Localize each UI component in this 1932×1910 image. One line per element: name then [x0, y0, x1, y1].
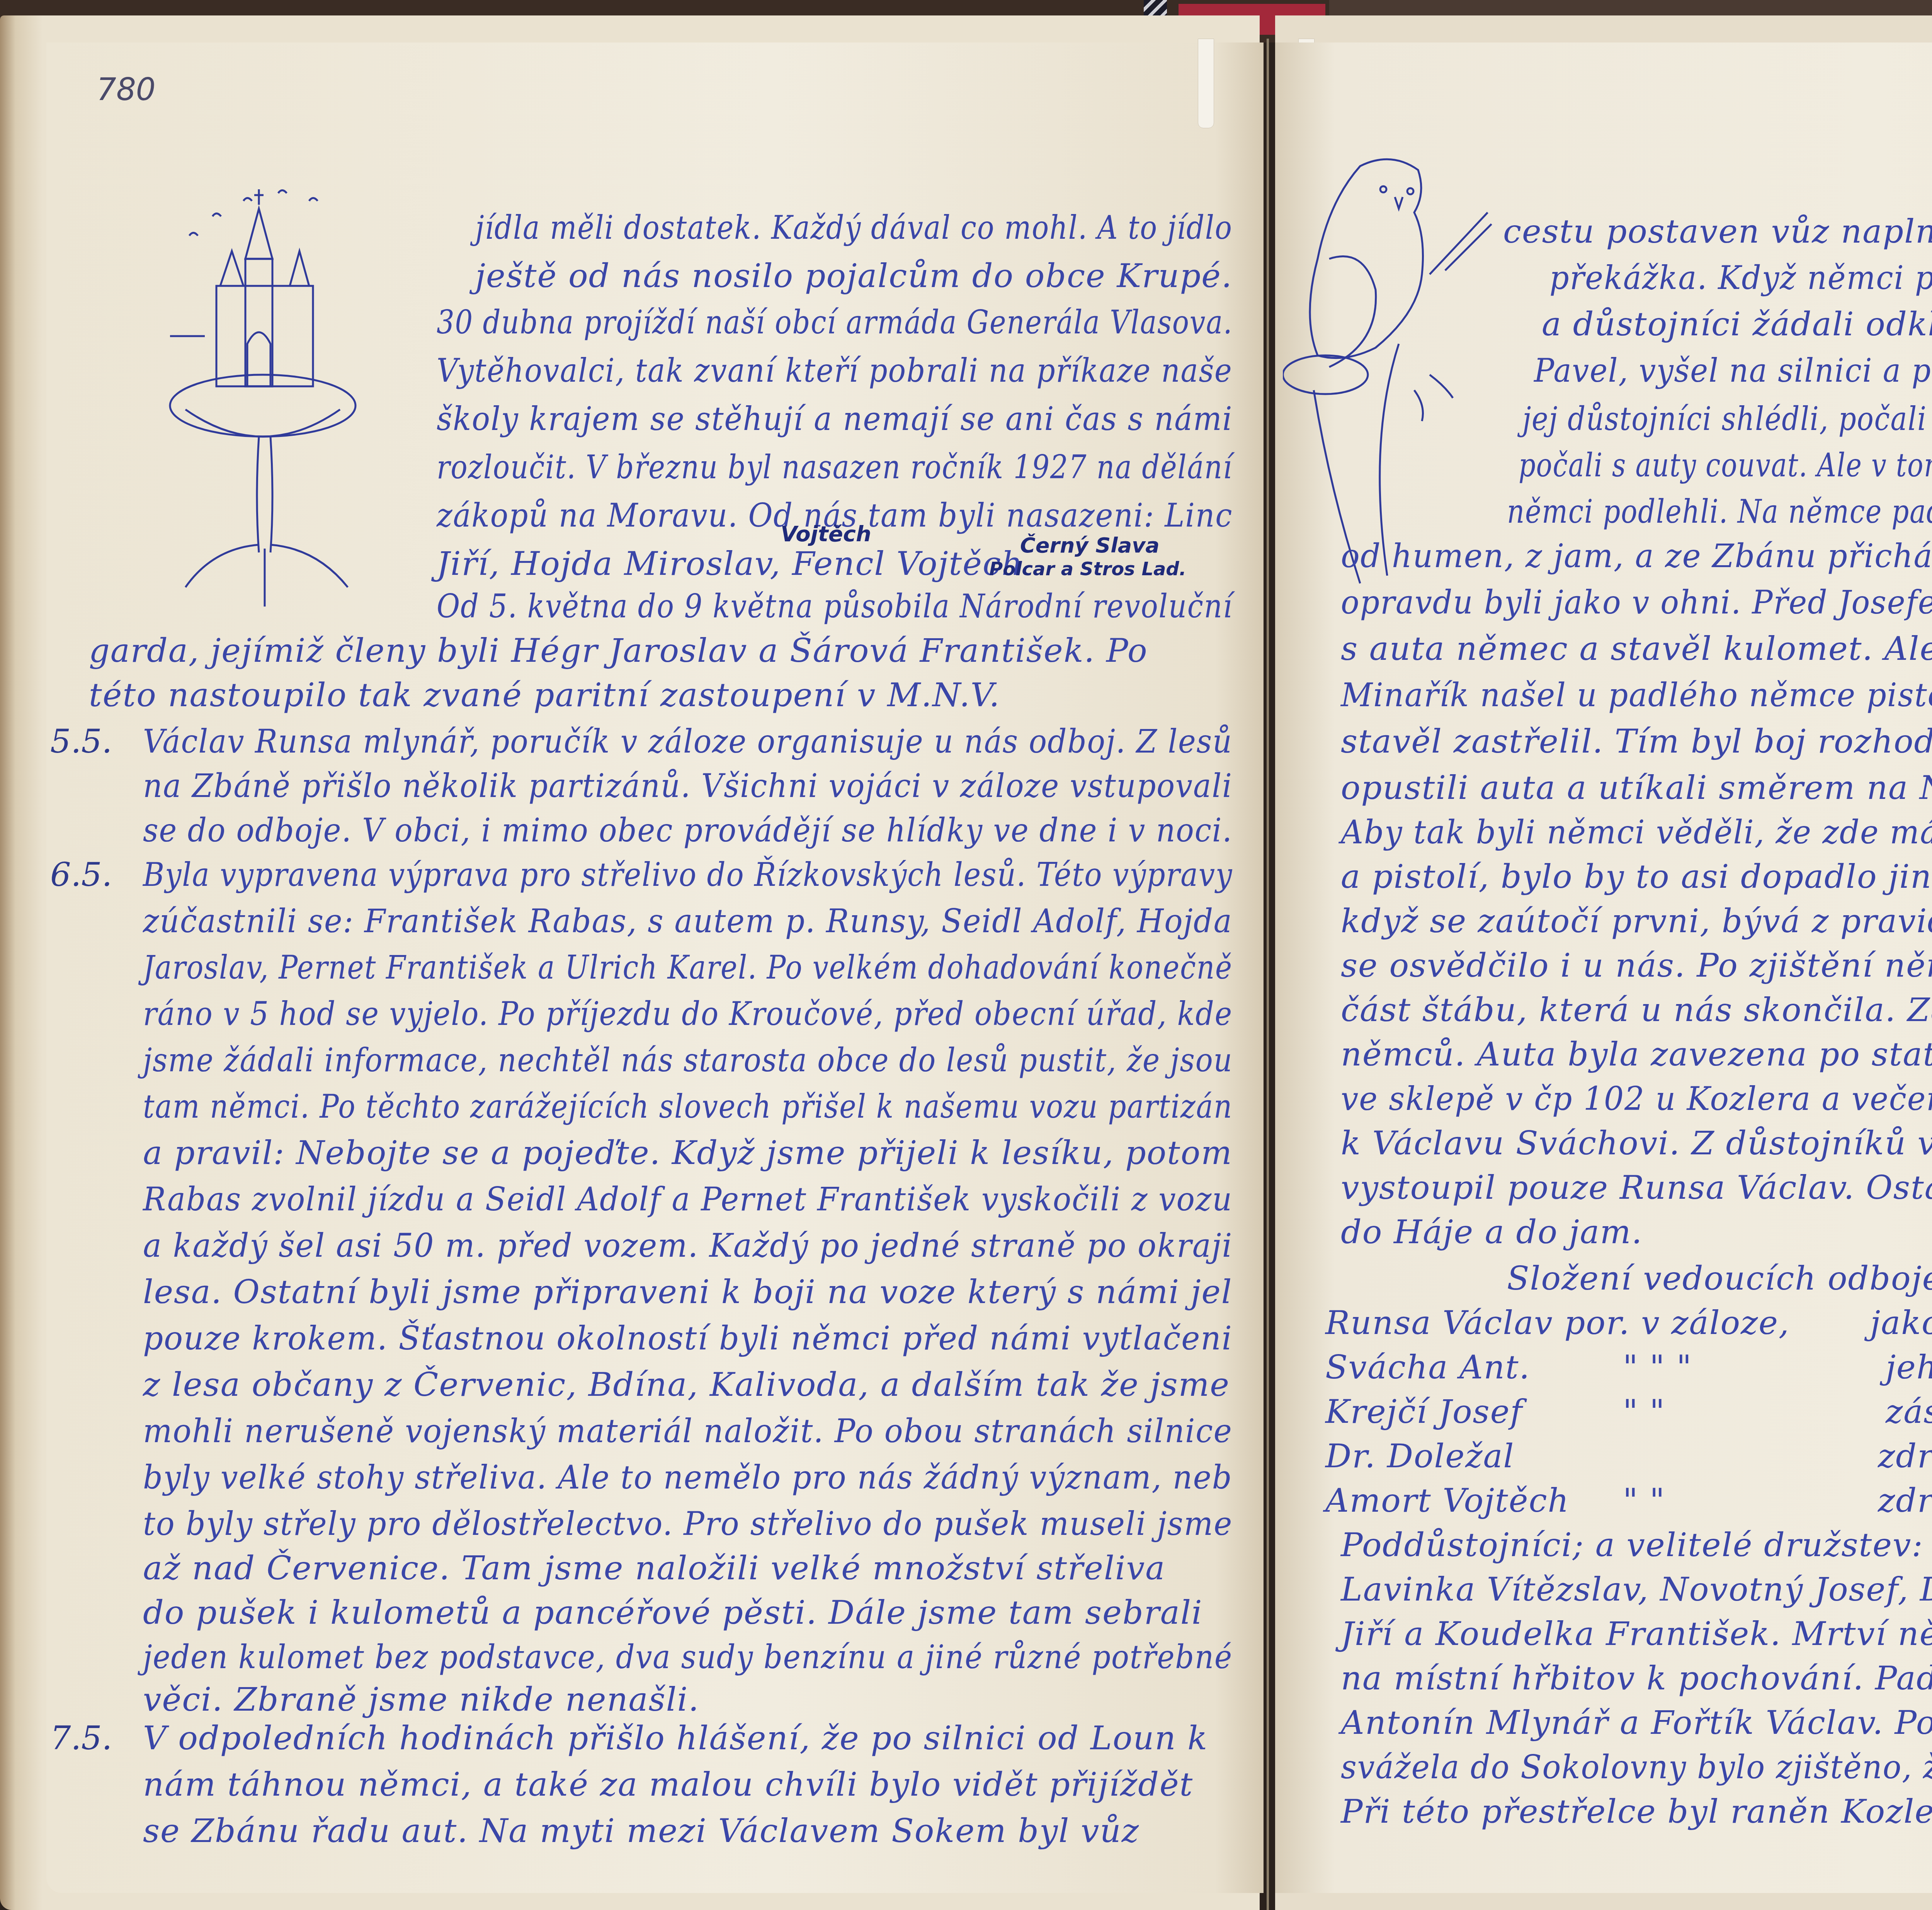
owl-drawing-icon — [1283, 143, 1499, 599]
page-number-left: 780 — [97, 71, 156, 107]
roster-role: zdravotnictví. — [1878, 1437, 1932, 1475]
text-line: Václav Runsa mlynář, poručík v záloze or… — [143, 722, 1233, 760]
text-line: ve sklepě v čp 102 u Kozlera a večer byl… — [1341, 1080, 1932, 1118]
text-line: část štábu, která u nás skončila. Zajmut… — [1341, 991, 1932, 1029]
margin-date: 7.5. — [50, 1719, 112, 1757]
text-line: cestu postaven vůz naplněný hlínou a kam… — [1503, 212, 1932, 250]
text-line: Aby tak byli němci věděli, že zde máme p… — [1341, 813, 1932, 851]
text-line: opravdu byli jako v ohni. Před Josefem J… — [1341, 583, 1932, 621]
book-gutter — [1267, 39, 1269, 1910]
roster-ditto: " " — [1623, 1393, 1665, 1431]
text-line: pouze krokem. Šťastnou okolností byli ně… — [143, 1319, 1233, 1357]
margin-date: 6.5. — [50, 856, 112, 894]
text-line: jídla měli dostatek. Každý dával co mohl… — [475, 209, 1233, 246]
left-page: 780 jídla měli dostatek. Každý dával co … — [46, 42, 1264, 1893]
right-page: 781 cestu postaven vůz naplněný hlínou a… — [1275, 42, 1932, 1893]
text-line: mohli nerušeně vojenský materiál naložit… — [143, 1412, 1233, 1450]
text-line: a pistolí, bylo by to asi dopadlo jinak.… — [1341, 858, 1932, 896]
text-line: V odpoledních hodinách přišlo hlášení, ž… — [143, 1719, 1208, 1757]
roster-heading: Složení vedoucích odboje bylo: — [1507, 1259, 1932, 1297]
text-line: vystoupil pouze Runsa Václav. Ostatní vč… — [1341, 1169, 1932, 1206]
text-line: Při této přestřelce byl raněn Kozler a t… — [1341, 1793, 1932, 1830]
text-line: k Václavu Sváchovi. Z důstojníků v záloz… — [1341, 1124, 1932, 1162]
text-line: stavěl zastřelil. Tím byl boj rozhodnut … — [1341, 722, 1932, 760]
text-line: to byly střely pro dělostřelectvo. Pro s… — [143, 1505, 1233, 1543]
text-line: a pravil: Nebojte se a pojeďte. Když jsm… — [143, 1134, 1233, 1172]
text-line: jsme žádali informace, nechtěl nás staro… — [143, 1041, 1233, 1079]
text-line: ráno v 5 hod se vyjelo. Po příjezdu do K… — [143, 995, 1233, 1033]
insertion-note-1: Černý Slava — [1020, 533, 1160, 557]
text-line: nám táhnou němci, a také za malou chvíli… — [143, 1766, 1193, 1803]
text-line: na Zbáně přišlo několik partizánů. Všich… — [143, 767, 1233, 805]
text-line: zúčastnili se: František Rabas, s autem … — [143, 902, 1233, 940]
text-line: školy krajem se stěhují a nemají se ani … — [437, 400, 1233, 438]
text-line: na místní hřbitov k pochování. Padlí něm… — [1341, 1659, 1932, 1697]
text-line: Vytěhovalci, tak zvaní kteří pobrali na … — [437, 352, 1233, 389]
text-line: Byla vypravena výprava pro střelivo do Ř… — [143, 856, 1233, 894]
text-line: věci. Zbraně jsme nikde nenašli. — [143, 1681, 699, 1718]
text-line: Poddůstojníci; a velitelé družstev: Koří… — [1341, 1526, 1932, 1564]
text-line: a důstojníci žádali odklizení silnice. P… — [1542, 305, 1932, 343]
text-line: němců. Auta byla zavezena po statcích a … — [1341, 1035, 1932, 1073]
text-line: a každý šel asi 50 m. před vozem. Každý … — [143, 1227, 1233, 1264]
text-line: lesa. Ostatní byli jsme připraveni k boj… — [143, 1273, 1233, 1311]
text-line: Jiří, Hojda Miroslav, Fencl Vojtěch — [437, 545, 1023, 583]
text-line: jeden kulomet bez podstavce, dva sudy be… — [143, 1638, 1233, 1676]
text-line: 30 dubna projíždí naší obcí armáda Gener… — [437, 303, 1233, 341]
text-line: do Háje a do jam. — [1341, 1213, 1643, 1251]
text-line: překážka. Když němci přijeli k překážce,… — [1549, 259, 1932, 297]
roster-name: Krejčí Josef — [1325, 1393, 1523, 1431]
text-line: jej důstojníci shlédli, počali křičet na… — [1522, 400, 1932, 438]
roster-name: Svácha Ant. — [1325, 1348, 1530, 1386]
text-line: Jaroslav, Pernet František a Ulrich Kare… — [143, 948, 1233, 986]
text-line: tam němci. Po těchto zarážejících slovec… — [143, 1088, 1233, 1125]
text-line: z lesa občany z Červenic, Bdína, Kalivod… — [143, 1366, 1230, 1404]
roster-ditto: " " " — [1623, 1348, 1692, 1386]
insertion-note-2: Polcar a Stros Lad. — [989, 558, 1186, 580]
text-line: se Zbánu řadu aut. Na myti mezi Václavem… — [143, 1812, 1139, 1850]
text-line: Od 5. května do 9 května působila Národn… — [437, 587, 1233, 625]
text-line: Jiří a Koudelka František. Mrtví němci b… — [1341, 1615, 1932, 1653]
roster-ditto: " " — [1623, 1482, 1665, 1519]
text-line: s auta němec a stavěl kulomet. Ale ten j… — [1341, 630, 1932, 668]
roster-role: zásobovací. — [1886, 1393, 1932, 1431]
text-line: garda, jejímiž členy byli Hégr Jaroslav … — [89, 632, 1148, 670]
text-line: opustili auta a utíkali směrem na Nesuch… — [1341, 769, 1932, 807]
page-tab-left — [1198, 39, 1214, 128]
inserted-annotation: Vojtěch — [781, 522, 871, 547]
text-line: této nastoupilo tak zvané paritní zastou… — [89, 676, 1000, 714]
roster-name: Dr. Doležal — [1325, 1437, 1514, 1475]
text-line: když se zaútočí prvni, bývá z pravidla z… — [1341, 902, 1932, 940]
roster-role: jako velitel národní stráže. — [1870, 1304, 1932, 1342]
text-line: Antonín Mlynář a Fořtík Václav. Později,… — [1341, 1704, 1932, 1742]
text-line: svážela do Sokolovny bylo zjištěno, že b… — [1341, 1748, 1932, 1786]
text-line: Pavel, vyšel na silnici a pohrával si ru… — [1534, 352, 1932, 389]
margin-date: 5.5. — [50, 722, 112, 760]
text-line: od humen, z jam, a ze Zbánu přicházela t… — [1341, 537, 1932, 575]
text-line: do pušek i kulometů a pancéřové pěsti. D… — [143, 1594, 1203, 1631]
roster-name: Runsa Václav por. v záloze, — [1325, 1304, 1790, 1342]
text-line: Rabas zvolnil jízdu a Seidl Adolf a Pern… — [143, 1180, 1233, 1218]
text-line: rozloučit. V březnu byl nasazen ročník 1… — [437, 448, 1233, 486]
roster-role: jeho zástupce. — [1886, 1348, 1932, 1386]
roster-name: Amort Vojtěch — [1325, 1482, 1570, 1519]
text-line: Minařík našel u padlého němce pistoli kt… — [1341, 676, 1932, 714]
text-line: ještě od nás nosilo pojalcům do obce Kru… — [475, 257, 1233, 295]
text-line: se do odboje. V obci, i mimo obec provád… — [143, 811, 1233, 849]
text-line: němci podlehli. Na němce padaly rány se … — [1507, 493, 1932, 530]
text-line: Lavinka Vítězslav, Novotný Josef, Dykast… — [1341, 1570, 1932, 1608]
text-line: se osvědčilo i u nás. Po zjištění němců … — [1341, 947, 1932, 984]
text-line: byly velké stohy střeliva. Ale to nemělo… — [143, 1458, 1233, 1496]
text-line: až nad Červenice. Tam jsme naložili velk… — [143, 1549, 1165, 1587]
text-line: počali s auty couvat. Ale v tom se strhl… — [1519, 446, 1932, 484]
roster-role: zdravotní služba. — [1878, 1482, 1932, 1519]
castle-drawing-icon — [162, 158, 440, 614]
